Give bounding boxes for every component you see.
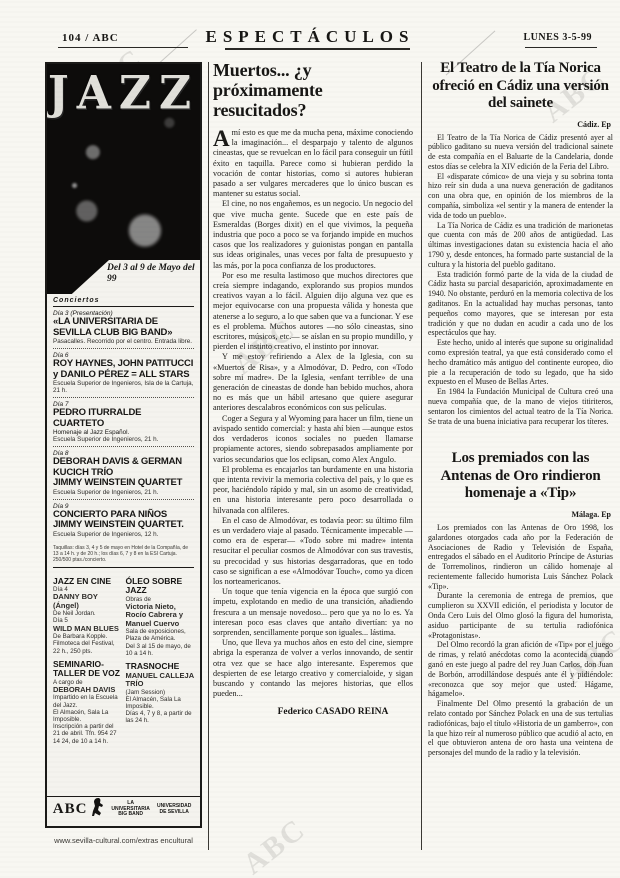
listing-line: Días 4, 7 y 8, a partir de las 24 h.	[126, 710, 195, 724]
concert-venue: Escuela Superior de Ingenieros, 12 h.	[53, 531, 194, 538]
poster-side-sections: JAZZ EN CINE Día 4DANNY BOY (Ángel)De Ne…	[53, 572, 194, 745]
ticket-fine-print: Taquillas: días 3, 4 y 5 de mayo en Hote…	[53, 545, 194, 568]
jazz-en-cine-lines: Día 4DANNY BOY (Ángel)De Neil Jordan.Día…	[53, 586, 122, 655]
column-divider	[421, 62, 422, 850]
concert-title: DEBORAH DAVIS & GERMAN KUCICH TRÍO	[53, 457, 194, 478]
listing-line: Inscripción a partir del 21 de abril. Tf…	[53, 723, 122, 745]
article1-headline: El Teatro de la Tía Norica ofreció en Cá…	[428, 60, 613, 113]
concert-title: JIMMY WEINSTEIN QUARTET.	[53, 520, 194, 531]
column-divider	[208, 62, 209, 850]
paragraph: Coger a Segura y al Wyoming para hacer u…	[213, 414, 413, 465]
sponsor-logos-row: ABC LA UNIVERSITARIA BIG BAND UNIVERSIDA…	[47, 796, 200, 822]
trasnoche-lines: MANUEL CALLEJA TRÍO(Jam Session)El Almac…	[126, 672, 195, 725]
seminario-heading: SEMINARIO-TALLER DE VOZ	[53, 660, 122, 679]
concert-venue: Pasacalles. Recorrido por el centro. Ent…	[53, 338, 194, 345]
concert-entry: Día 7 PEDRO ITURRALDE CUARTETO Homenaje …	[53, 401, 194, 447]
listing-line: El Almacén, Sala La Imposible.	[126, 696, 195, 710]
paragraph: El cine, no nos engañemos, es un negocio…	[213, 199, 413, 270]
abc-logo: ABC	[53, 801, 88, 818]
concert-title: «LA UNIVERSITARIA DE SEVILLA CLUB BIG BA…	[53, 317, 194, 338]
header-rule	[225, 48, 410, 50]
listing-line: MANUEL CALLEJA TRÍO	[126, 672, 195, 689]
paragraph: Uno, que lleva ya muchos años en esto de…	[213, 638, 413, 699]
article1-body: El Teatro de la Tía Norica de Cádiz pres…	[428, 133, 613, 427]
paragraph: El «disparate cómico» de una vieja y su …	[428, 172, 613, 221]
paragraph: Del Olmo recordó la gran afición de «Tip…	[428, 640, 613, 699]
paragraph: Este hecho, unido al interés que supone …	[428, 338, 613, 387]
article2-body: Los premiados con las Antenas de Oro 199…	[428, 523, 613, 758]
concerts-label: Conciertos	[53, 297, 194, 307]
concert-venue: Escuela Superior de Ingenieros, 21 h.	[53, 489, 194, 496]
poster-photo: JAZZ	[47, 64, 200, 260]
sax-player-icon	[91, 797, 107, 822]
listing-line: Del 3 al 15 de mayo, de 10 a 14 h.	[126, 643, 195, 657]
paragraph: Durante la ceremonia de entrega de premi…	[428, 591, 613, 640]
paragraph: En el caso de Almodóvar, es todavía peor…	[213, 516, 413, 587]
concert-entry: Día 9 CONCIERTO PARA NIÑOS JIMMY WEINSTE…	[53, 503, 194, 541]
header-rule	[58, 47, 188, 48]
poster-date-strip: Del 3 al 9 de Mayo del 99	[47, 260, 200, 294]
opinion-title: Muertos... ¿y próximamente resucitados?	[213, 60, 413, 120]
concert-venue: Escuela Superior de Ingenieros, 21 h.	[53, 436, 194, 443]
paragraph: La Tía Norica de Cádiz es una tradición …	[428, 221, 613, 270]
paragraph: A mí esto es que me da mucha pena, máxim…	[213, 128, 413, 199]
paragraph: Y me estoy refiriendo a Alex de la Igles…	[213, 352, 413, 413]
concert-title: PEDRO ITURRALDE CUARTETO	[53, 408, 194, 429]
news-column: El Teatro de la Tía Norica ofreció en Cá…	[428, 60, 613, 758]
paragraph: El Teatro de la Tía Norica de Cádiz pres…	[428, 133, 613, 172]
universitaria-logo: LA UNIVERSITARIA BIG BAND	[111, 801, 151, 818]
oleo-heading: ÓLEO SOBRE JAZZ	[126, 577, 195, 596]
concert-entry: Día 3 (Presentación) «LA UNIVERSITARIA D…	[53, 310, 194, 349]
article2-dateline: Málaga. Ep	[428, 510, 611, 519]
listing-line: WILD MAN BLUES	[53, 625, 122, 634]
article2-headline: Los premiados con las Antenas de Oro rin…	[428, 450, 613, 503]
paragraph: Finalmente Del Olmo presentó la grabació…	[428, 699, 613, 758]
concert-title: JIMMY WEINSTEIN QUARTET	[53, 478, 194, 489]
listing-line: Impartido en la Escuela del Jazz.	[53, 694, 122, 708]
poster-left-subcolumn: JAZZ EN CINE Día 4DANNY BOY (Ángel)De Ne…	[53, 572, 122, 745]
article1-dateline: Cádiz. Ep	[428, 120, 611, 129]
listing-line: Filmoteca del Festival, 22 h., 250 pts.	[53, 640, 122, 654]
jazz-festival-poster: JAZZ Del 3 al 9 de Mayo del 99 Concierto…	[45, 62, 202, 828]
paragraph: En 1984 la Fundación Municipal de Cultur…	[428, 387, 613, 426]
photo-shadow-wedge	[47, 260, 109, 294]
header-rule	[525, 47, 597, 48]
listing-line: Sala de exposiciones, Plaza de América.	[126, 628, 195, 642]
jazz-en-cine-heading: JAZZ EN CINE	[53, 577, 122, 587]
listing-line: De Neil Jordan.	[53, 610, 122, 617]
listing-line: DEBORAH DAVIS	[53, 686, 122, 695]
listing-line: El Almacén, Sala La Imposible.	[53, 709, 122, 723]
festival-url: www.sevilla-cultural.com/extras encultur…	[45, 836, 202, 845]
poster-right-subcolumn: ÓLEO SOBRE JAZZ Obras deVictoria Nieto,R…	[126, 572, 195, 745]
seminario-lines: A cargo deDEBORAH DAVISImpartido en la E…	[53, 679, 122, 745]
festival-dates: Del 3 al 9 de Mayo del 99	[107, 263, 195, 285]
opinion-column: Muertos... ¿y próximamente resucitados? …	[213, 60, 413, 717]
listing-line: DANNY BOY (Ángel)	[53, 593, 122, 610]
concert-entry: Día 6 ROY HAYNES, JOHN PATITUCCI y DANIL…	[53, 352, 194, 398]
paragraph: El problema es encajarlos tan burdamente…	[213, 465, 413, 516]
opinion-body: A mí esto es que me da mucha pena, máxim…	[213, 128, 413, 699]
opinion-byline: Federico CASADO REINA	[213, 707, 413, 717]
listing-line: De Barbara Kopple.	[53, 633, 122, 640]
paragraph: Por eso me resulta lastimoso que muchos …	[213, 271, 413, 353]
listing-line: Manuel Cuervo	[126, 620, 195, 629]
concert-venue: Escuela Superior de Ingenieros, Isla de …	[53, 380, 194, 394]
poster-title: JAZZ	[47, 67, 200, 121]
newspaper-page: ABC ABC ABC ABC ABC ABC 104 / ABC ESPECT…	[0, 0, 620, 878]
concert-entry: Día 8 DEBORAH DAVIS & GERMAN KUCICH TRÍO…	[53, 450, 194, 500]
date-label: LUNES 3-5-99	[523, 32, 592, 43]
oleo-lines: Obras deVictoria Nieto,Rocío Cabrera yMa…	[126, 596, 195, 658]
universidad-logo: UNIVERSIDAD DE SEVILLA	[154, 804, 194, 815]
paragraph: Los premiados con las Antenas de Oro 199…	[428, 523, 613, 592]
abc-watermark: ABC	[237, 812, 313, 878]
listing-line: (Jam Session)	[126, 689, 195, 696]
concert-title: ROY HAYNES, JOHN PATITUCCI y DANILO PÉRE…	[53, 359, 194, 380]
paragraph: Esta tradición formó parte de la vida de…	[428, 270, 613, 339]
paragraph: Un toque que tenía vigencia en la época …	[213, 587, 413, 638]
concert-subtitle: Homenaje al Jazz Español.	[53, 429, 194, 436]
